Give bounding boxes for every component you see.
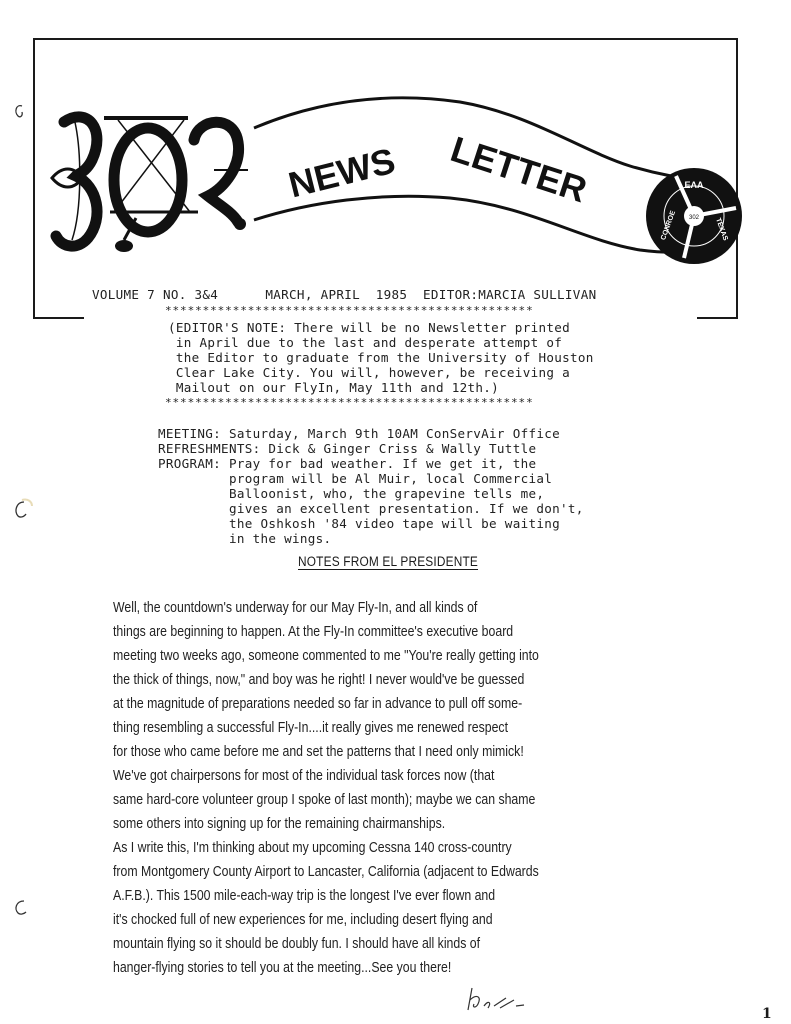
article-line: We've got chairpersons for most of the i… (113, 768, 646, 784)
article-line: the thick of things, now," and boy was h… (113, 672, 646, 688)
header-frame-top (33, 38, 738, 40)
article-line: meeting two weeks ago, someone commented… (113, 648, 646, 664)
editors-note-line: in April due to the last and desperate a… (168, 335, 562, 350)
article-line: same hard-core volunteer group I spoke o… (113, 792, 646, 808)
meeting-info: MEETING: Saturday, March 9th 10AM ConSer… (158, 426, 560, 441)
page-number: 1 (762, 1006, 772, 1022)
header-frame-bottom-right (697, 317, 738, 319)
newsletter-banner-ribbon: NEWS LETTER EAA CONROE TEXAS 302 (230, 80, 750, 280)
article-line: hanger-flying stories to tell you at the… (113, 960, 646, 976)
article-line: at the magnitude of preparations needed … (113, 696, 646, 712)
asterisk-divider: ****************************************… (165, 396, 534, 409)
volume-issue-line: VOLUME 7 NO. 3&4 MARCH, APRIL 1985 EDITO… (92, 287, 596, 302)
program-info: gives an excellent presentation. If we d… (158, 501, 584, 516)
svg-text:EAA: EAA (684, 180, 704, 190)
club-302-biplane-logo-icon (48, 100, 258, 260)
article-heading: NOTES FROM EL PRESIDENTE (298, 554, 478, 569)
program-info: program will be Al Muir, local Commercia… (158, 471, 552, 486)
program-info: PROGRAM: Pray for bad weather. If we get… (158, 456, 536, 471)
eaa-chapter-seal-icon: EAA CONROE TEXAS 302 (646, 168, 742, 264)
refreshments-info: REFRESHMENTS: Dick & Ginger Criss & Wall… (158, 441, 536, 456)
program-info: the Oshkosh '84 video tape will be waiti… (158, 516, 560, 531)
header-frame-bottom-left (33, 317, 84, 319)
editors-note-line: (EDITOR'S NOTE: There will be no Newslet… (168, 320, 570, 335)
editors-note-line: Mailout on our FlyIn, May 11th and 12th.… (168, 380, 499, 395)
binder-hole-mark-icon (10, 895, 34, 919)
article-line: mountain flying so it should be doubly f… (113, 936, 646, 952)
article-line: from Montgomery County Airport to Lancas… (113, 864, 646, 880)
article-line: for those who came before me and set the… (113, 744, 646, 760)
asterisk-divider: ****************************************… (165, 304, 534, 317)
binder-hole-mark-icon (10, 498, 34, 522)
article-line: Well, the countdown's underway for our M… (113, 600, 646, 616)
svg-text:302: 302 (689, 215, 700, 221)
binder-hole-mark-icon (10, 100, 34, 124)
article-line: things are beginning to happen. At the F… (113, 624, 646, 640)
article-line: As I write this, I'm thinking about my u… (113, 840, 646, 856)
program-info: Balloonist, who, the grapevine tells me, (158, 486, 544, 501)
handwritten-signature-icon (462, 982, 542, 1016)
editors-note-line: the Editor to graduate from the Universi… (168, 350, 594, 365)
editors-note-line: Clear Lake City. You will, however, be r… (168, 365, 570, 380)
article-line: it's chocked full of new experiences for… (113, 912, 646, 928)
article-line: A.F.B.). This 1500 mile-each-way trip is… (113, 888, 646, 904)
program-info: in the wings. (158, 531, 331, 546)
header-frame-left (33, 38, 35, 318)
article-line: some others into signing up for the rema… (113, 816, 646, 832)
article-line: thing resembling a successful Fly-In....… (113, 720, 646, 736)
